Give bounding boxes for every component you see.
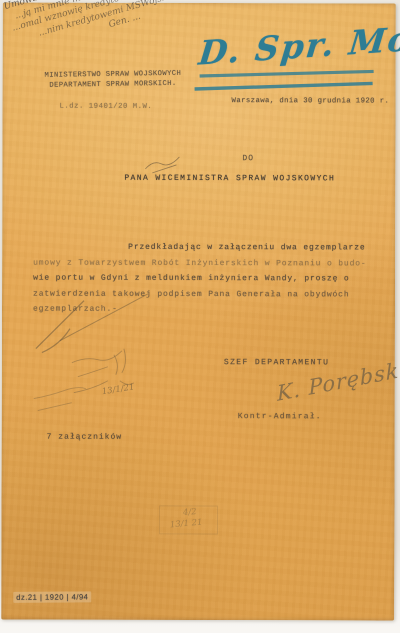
blue-underline-stroke: [195, 83, 373, 89]
handwritten-reference: D. Spr. Mor.: [197, 17, 400, 73]
sender-stamp: MINISTERSTWO SPRAW WOJSKOWYCH DEPARTAMEN…: [44, 70, 181, 91]
pencil-scribble: [34, 387, 86, 410]
body-line: egzemplarzach.-: [33, 302, 381, 318]
recipient-line: PANA WICEMINISTRA SPRAW WOJSKOWYCH: [124, 174, 335, 184]
signature-rank: Kontr-Admirał.: [238, 412, 322, 421]
pencil-scribble: [114, 349, 134, 385]
archive-reference-label: dz.21 | 1920 | 4/94: [13, 591, 91, 602]
body-line: Przedkładając w załączeniu dwa egzemplar…: [33, 240, 381, 256]
attachments-line: 7 załączników: [47, 433, 122, 442]
pencil-scribble: [145, 157, 179, 173]
date-line: Warszawa, dnia 30 grudnia 1920 r.: [232, 97, 390, 105]
file-number: L.dz. 19401/20 M.W.: [60, 103, 153, 111]
body-line: wie portu w Gdyni z meldunkiem inżyniera…: [33, 271, 381, 287]
signature-title: SZEF DEPARTAMENTU: [224, 358, 329, 367]
sender-stamp-line2: DEPARTAMENT SPRAW MORSKICH.: [45, 79, 182, 91]
recipient-to-label: DO: [242, 154, 254, 163]
document-paper: D. Spr. Mor. MINISTERSTWO SPRAW WOJSKOWY…: [1, 2, 396, 620]
body-line: zatwierdzenia takowej podpisem Pana Gene…: [33, 286, 381, 302]
body-line: umowy z Towarzystwem Robót Inżynierskich…: [33, 255, 381, 271]
bottom-pencil-note: 4/2 13/1 21: [169, 507, 203, 532]
pencil-date-note: 13/1/21: [101, 382, 135, 397]
blue-underline-stroke: [200, 71, 374, 76]
scan-background: D. Spr. Mor. MINISTERSTWO SPRAW WOJSKOWY…: [0, 0, 400, 633]
bottom-pencil-note-line2: 13/1 21: [170, 518, 203, 532]
letter-body: Przedkładając w załączeniu dwa egzemplar…: [33, 240, 381, 318]
